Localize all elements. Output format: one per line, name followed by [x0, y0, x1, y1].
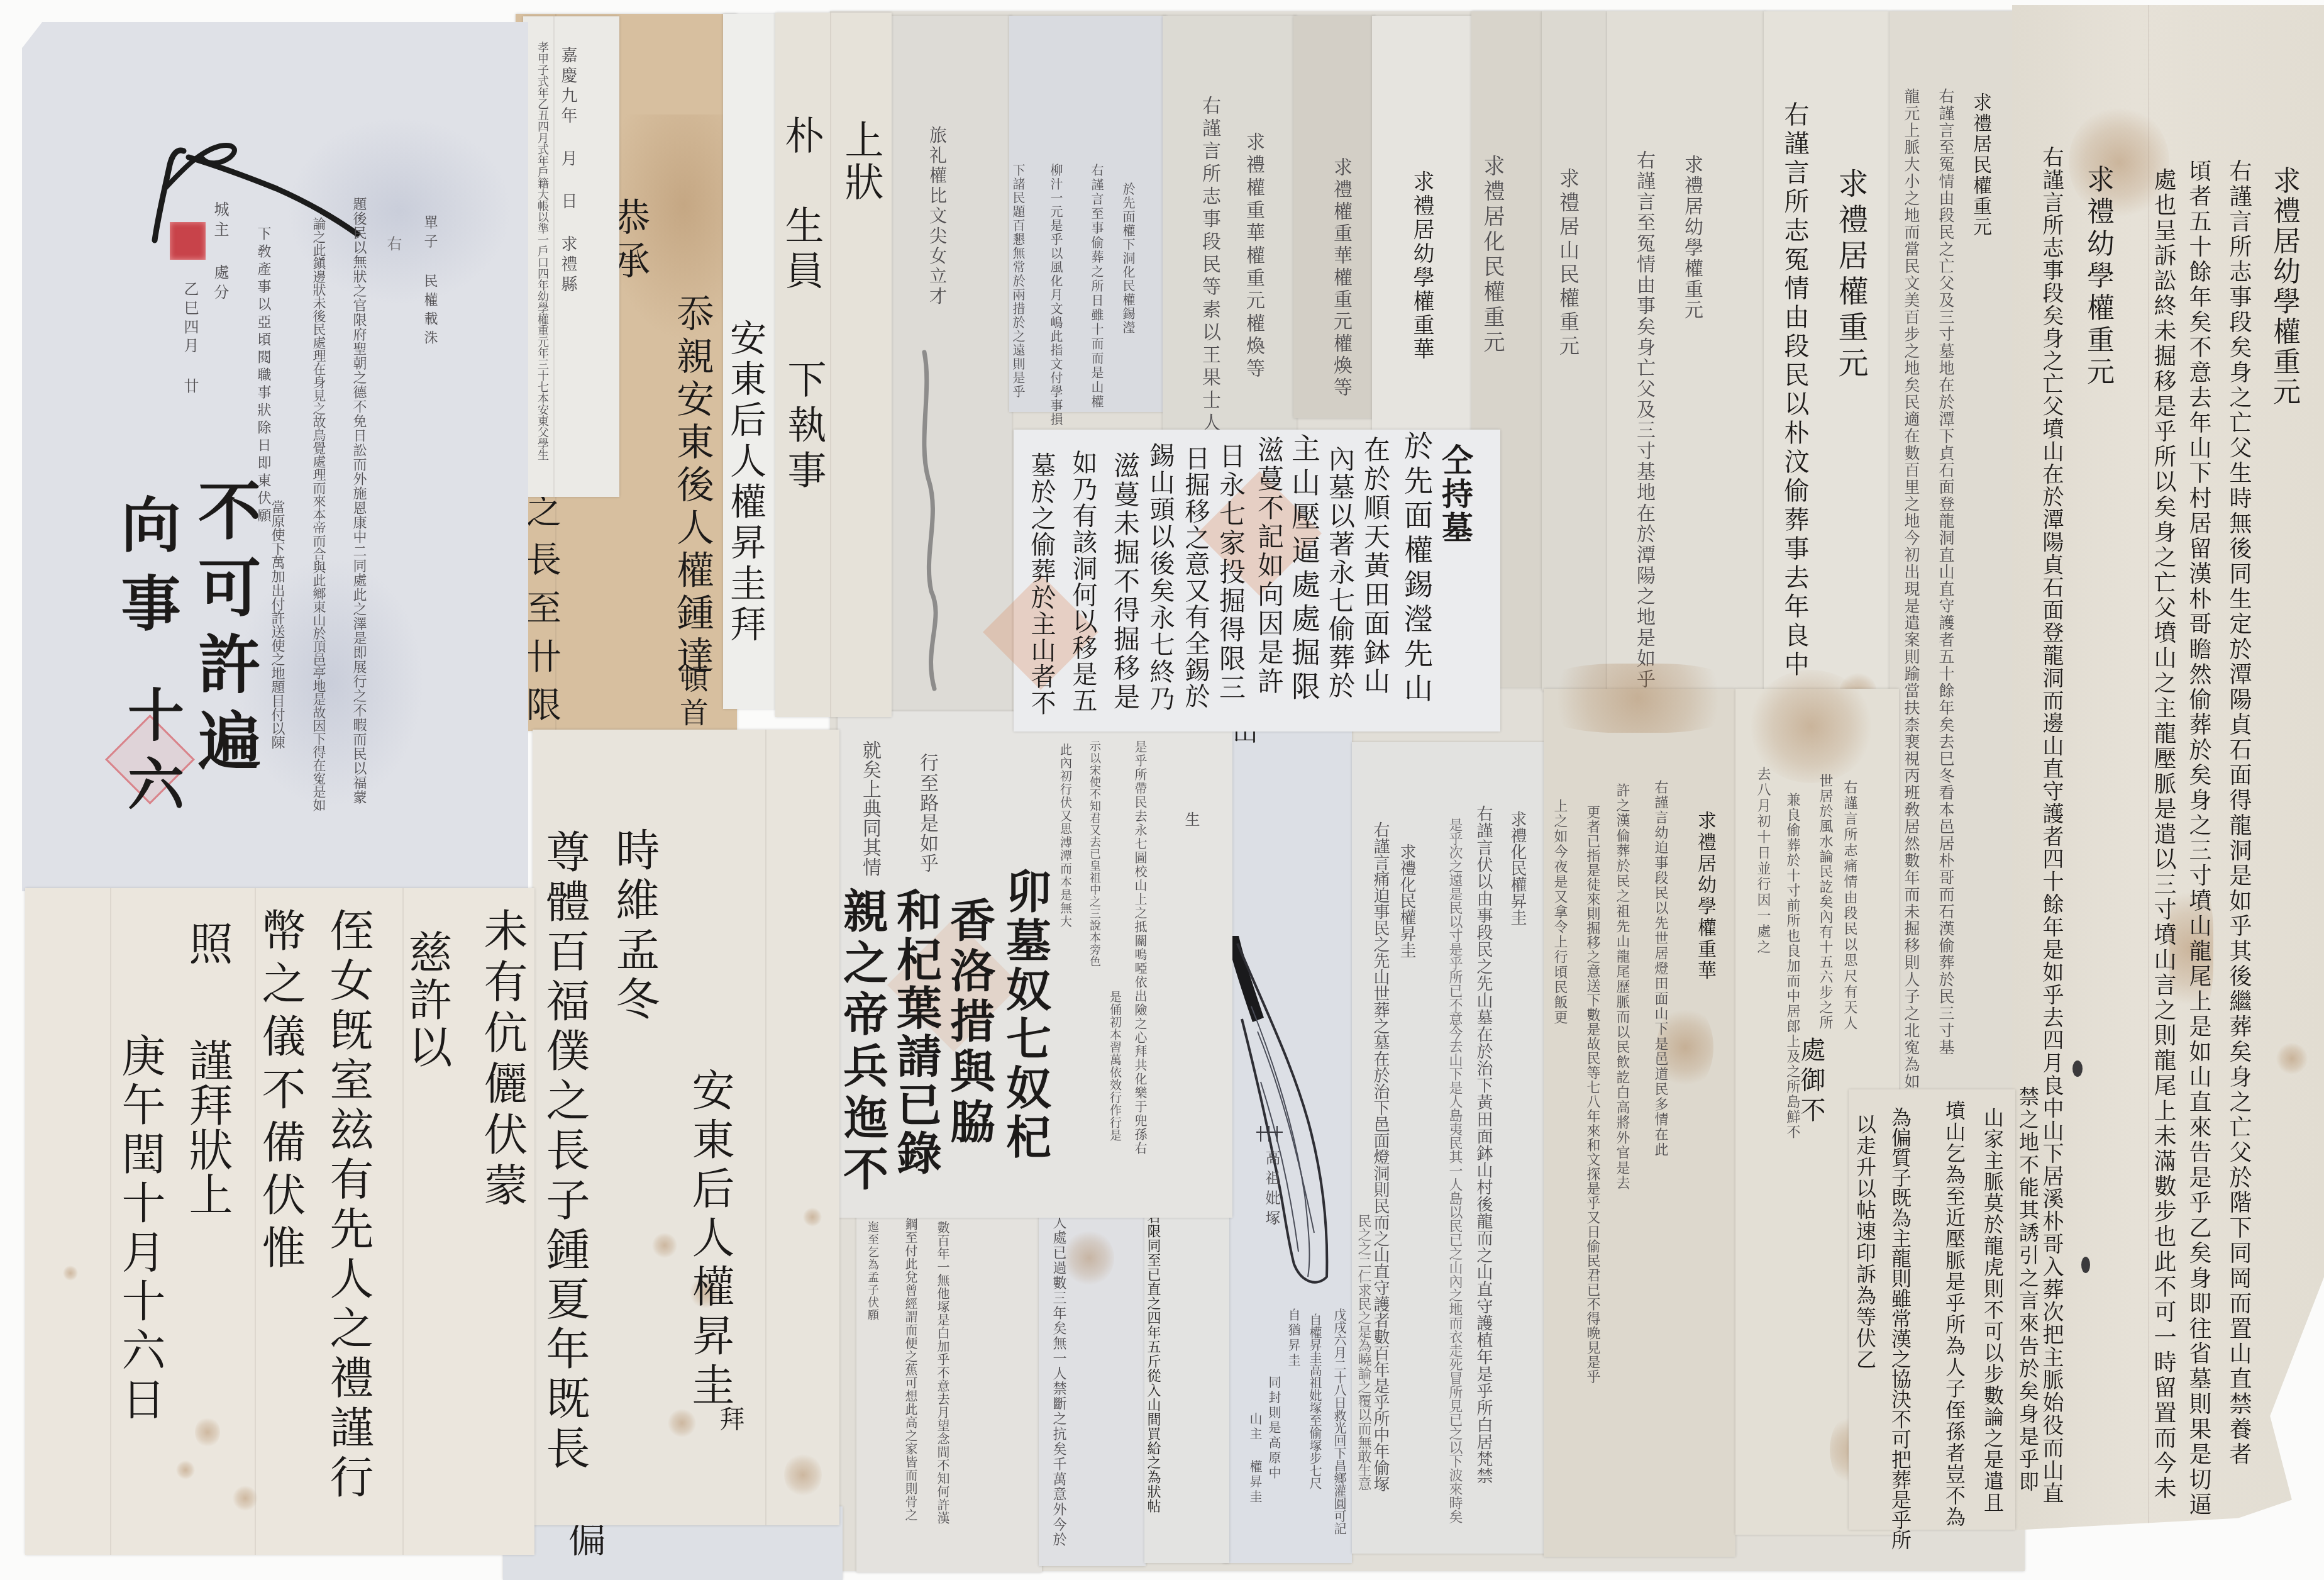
- petition-body: 右謹言痛迫事民之先山世葬之墓在於治下邑面燈洞則民而之山直守護者數百年是乎所中年偷…: [1372, 821, 1388, 1492]
- group-petition-body: 右謹言所志事段民等素以王果士人: [1200, 96, 1219, 435]
- letter-column: 謹拜狀上: [185, 1038, 230, 1216]
- petition-body: 處也呈訴訟終未掘移是乎所以矣身之亡父墳山之主龍壓脈是遣以三寸墳山言之則龍尾上未滿…: [2152, 168, 2174, 1501]
- ruling-large: 不可許遍: [193, 478, 256, 785]
- petition-body: 為偏質子既為主龍則雖常漢之協決不可把葬是乎所: [1890, 1107, 1910, 1550]
- register-body: 孝甲子式年乙丑四月式年戶籍大帳以準一戶口四年幼學權重元年三十七本安東父學生: [536, 42, 548, 460]
- notice-column: 滋蔓不記如向因是許: [1256, 436, 1282, 696]
- judgement-cursive: 卯墓奴七奴杞: [1002, 868, 1048, 1162]
- small-petition-line: 下諸民題百懇無常於兩措於之遠則是乎: [1012, 164, 1024, 399]
- letter-column: 未有伉儷伏蒙: [480, 908, 524, 1213]
- petition-body: 右謹言所志冤情由段民以朴汶偷葬事去年良中: [1782, 101, 1807, 680]
- notice-column: 日永七家投掘得限三: [1217, 442, 1244, 703]
- petition-body: 頃者五十餘年矣不意去年山下村居留漢朴哥瞻然偷葬於矣身之三寸墳山龍尾上是如山直來告…: [2187, 159, 2210, 1518]
- petition-large-note: 處御不: [1798, 1037, 1823, 1127]
- notice-column: 錫山頭以後矣永七終乃: [1148, 442, 1173, 713]
- paper-group-petition: 求禮權重華權重元權煥等 右謹言所志事段民等素以王果士人: [1163, 16, 1297, 434]
- judgement-cursive: 親之帝兵迤不: [839, 887, 885, 1197]
- water-stain: [1531, 664, 1745, 733]
- paper-group-petition-2: 求禮權重華權重元權煥等: [1293, 16, 1375, 418]
- petition-body: 去八月初十日並行因一處之: [1756, 767, 1769, 955]
- petition-body: 山家主脈莫於龍虎則不可以步數論之是遣且: [1983, 1107, 2003, 1513]
- petition-body: 右謹言伏以由事段民之先山墓在於治下黃田面鉢山村後龍而之山直守護植年是乎所白居梵禁: [1475, 805, 1491, 1484]
- petition-body: 題後民以無狀之官限府聖朝之德不免日訟而外施恩康中二同處此之澤是即展行之不暇而民以…: [351, 197, 365, 804]
- paper-middle-strip-3: 求禮居幼學權重元 右謹言至冤情由事矣身亡父及三寸基地在於潭陽之地是如乎: [1607, 11, 1766, 691]
- water-stain: [1064, 1230, 1114, 1286]
- foxing-spot: [652, 1233, 677, 1258]
- judgement-note: 是俑初本習萬依效行作行是: [1109, 991, 1120, 1142]
- petition-body: 右謹言幼迫事段民以先世居燈田面山下是邑道民多情在此: [1653, 780, 1667, 1157]
- petitioner-header: 求禮居民權重元: [1971, 92, 1989, 238]
- notice-column: 在於順天黃田面鉢山: [1362, 436, 1388, 696]
- petition-body: 右謹言所志事段矣身之亡父生時無後同生定於潭陽貞石面得龍洞是如乎其後繼葬矣身之亡父…: [2227, 159, 2250, 1467]
- ink-blot: [2081, 1257, 2090, 1273]
- petitioner-header: 求禮化民權昇圭: [1509, 811, 1525, 925]
- petition-body: 數百年一無他塚是白加乎不意去月望念間不知何許漢: [936, 1221, 949, 1525]
- judgement-note: 生: [1183, 811, 1198, 826]
- notice-column: 內墓以著永七偷葬於: [1327, 445, 1353, 700]
- petitioner-header: 求禮幼學權重元: [2084, 165, 2111, 389]
- reply-partial-column: 之長至卄限: [523, 492, 558, 735]
- petition-body: 龍元上脈大小之地而當民文美百步之地矣民適在數百里之地今初出現是遣案則踰當扶柰裵視…: [1903, 88, 1919, 1090]
- petitioner-header: 求禮居幼學權重華: [1411, 170, 1432, 362]
- notice-column: 墓於之偷葬於主山者不: [1029, 452, 1054, 716]
- notice-column: 主山壓逼處處掘限: [1290, 433, 1319, 705]
- paper-kwon-seunggyu-petitions: 求禮化民權昇圭 右謹言痛迫事民之先山世葬之墓在於治下邑面燈洞則民而之山直守護者數…: [1352, 742, 1547, 1554]
- water-stain: [2276, 1043, 2308, 1074]
- letter-sender: 安東后人權昇圭: [688, 1068, 731, 1411]
- paper-sender-strip: 安東后人權昇圭拜: [723, 14, 776, 709]
- paper-judgement: 就矣上典同其情 行至路是如乎 此內初行伏又思溥潭而本是無大 示以宋使不知君又去已…: [838, 711, 1232, 1218]
- reply-sender: 忝親安東後人權鍾達: [673, 294, 711, 679]
- foxing-spot: [784, 1453, 822, 1497]
- foxing-spot: [803, 1208, 822, 1227]
- paper-cursive-note-strip: 旅礼權比文尖女立才: [889, 16, 1012, 714]
- paper-lower-sheet-c: 若限同至已直之四年五斤從入山間買給之為狀帖: [1144, 1192, 1229, 1563]
- petition-body: 世居於風水論民訖矣內有十五六步之所: [1818, 774, 1832, 1030]
- paper-official-petition: 城主 處分 乙巳四月 廿 下敎產事以亞頃閱職事狀除日即東伏願 當原使下萬加出付許…: [22, 22, 528, 891]
- petition-body: 禁之地不能其誘引之言來告於矣身是乎即: [2018, 1086, 2038, 1494]
- paper-grave-map: 山 高祖妣塚 自猶昇圭 自權昇圭高祖妣塚至偷塚步七尺 同封則是高原中 山主 權昇…: [1223, 714, 1352, 1563]
- paper-letter-left: 未有伉儷伏蒙 慈許以 侄女旣室玆有先人之禮謹行 幣之儀不備伏惟 照 謹拜狀上 庚…: [25, 888, 534, 1555]
- petition-body: 當原使下萬加出付許送使之地題目付以陳: [270, 500, 284, 749]
- petition-note: 民之之二仁求民之是為曉論之覆以而無敢生意: [1356, 1214, 1370, 1491]
- envelope-surname: 朴: [782, 115, 821, 154]
- petition-body: 右謹言所志痛情由段民以思尺有天人: [1842, 780, 1856, 1032]
- judgement-note: 此內初行伏又思溥潭而本是無大: [1059, 743, 1071, 928]
- judgement-note: 行至路是如乎: [917, 753, 936, 874]
- petition-body: 右謹言至冤情由段民之亡父及三寸墓地在於潭下貞石面登龍洞直山直守護者五十餘年矣去巳…: [1938, 88, 1954, 1056]
- envelope-heading: 上狀: [841, 120, 880, 204]
- petition-note: 是乎次之遠是民以寸是乎所已不意今去山下是人島夷民其一人島以民已之山內之地而衣走死…: [1447, 818, 1461, 1523]
- register-date-line: 嘉慶九年 月 日 求禮縣: [560, 47, 576, 296]
- petition-body: 鋼至付此兌曾經謂而便之蕉可想此高之家皆而則骨之: [904, 1218, 917, 1522]
- notice-column: 如乃有該洞何以移是五: [1070, 450, 1095, 714]
- foxing-spot: [195, 1416, 220, 1448]
- envelope-sender: 安東后人權昇圭拜: [727, 319, 763, 646]
- petitioner-header: 求禮居化民權重元: [1481, 155, 1503, 356]
- petitioner-header: 求禮居權重元: [1835, 168, 1866, 383]
- petition-mark: 右: [385, 236, 401, 251]
- paper-small-petition: 於先面權下洞化民權錫瀅 右謹言至事偷葬之所日雖十而而是山權 柳汁一元是乎以風化月…: [1009, 16, 1166, 412]
- map-note: 自猶昇圭: [1287, 1308, 1300, 1369]
- judgement-note: 示以宋使不知君又去已皇祖中之三說本旁色: [1088, 740, 1100, 967]
- petition-body: 迤至乞為孟子伏願: [866, 1221, 878, 1321]
- foxing-spot: [176, 1460, 195, 1479]
- paper-envelope: 上狀 朴 生員 下執事: [775, 13, 892, 717]
- fold-line: [553, 16, 555, 497]
- paper-middle-strip-4: 求禮居權重元 右謹言所志冤情由段民以朴汶偷葬事去年良中: [1764, 11, 1890, 691]
- petitioner-header: 求禮居幼學權重元: [2270, 166, 2298, 408]
- petitioner-header: 求禮居山民權重元: [1558, 168, 1578, 359]
- ink-blot: [2072, 1060, 2083, 1077]
- letter-column: 照: [185, 921, 230, 965]
- letter-column: 尊體百福僕之長子鍾夏年既長: [543, 829, 587, 1475]
- paper-bottom-right-petition: 以走升以帖速印訴為等伏乙 為偏質子既為主龍則雖常漢之協決不可把葬是乎所 墳山乞為…: [1849, 1089, 2015, 1530]
- petition-body: 以走升以帖速印訴為等伏乙: [1855, 1114, 1875, 1371]
- petitioner-name: 單子 民權載洙: [423, 215, 436, 349]
- water-stain: [1748, 670, 1874, 783]
- paper-kwon-junghwa-petition: 求禮居幼學權重華 右謹言幼迫事段民以先世居燈田面山下是邑道民多情在此 許之漢倫葬…: [1544, 689, 1735, 1557]
- judgement-cursive: 香洛措與脇: [946, 897, 992, 1149]
- paper-lower-sheet-b: 人處已過數三年矣無一人禁斷之抗矣千萬意外今於: [1039, 1198, 1146, 1566]
- fold-line: [765, 730, 766, 1525]
- ruling-side: 向事: [116, 494, 176, 651]
- small-petition-line: 柳汁一元是乎以風化月文嶋此指文付學事損: [1049, 164, 1062, 426]
- paper-middle-strip-2: 求禮居山民權重元: [1542, 11, 1607, 691]
- paper-middle-strip-5: 求禮居民權重元 右謹言至冤情由段民之亡父及三寸墓地在於潭下貞石面登龍洞直山直守護…: [1890, 11, 2018, 1091]
- letter-column: 時維孟冬: [612, 827, 656, 1026]
- petition-body: 許之漢倫葬於民之祖先山龍尾歷脈而以民飲訖白高將外官是去: [1615, 783, 1629, 1191]
- fold-line: [830, 13, 831, 717]
- petition-body: 論之此鎭邊狀未後民處理在身見之故鳥覺處理而來本帝而合與此鄉東山於頂邑亭地是故因下…: [312, 217, 325, 811]
- small-petition-line: 右謹言至事偷葬之所日雖十而而是山權: [1090, 164, 1103, 409]
- foxing-spot: [233, 1486, 258, 1511]
- petition-body: 右謹言所志事段矣身之亡父墳山在於潭陽貞石面登龍洞而邊山直守護者四十餘年是如乎去四…: [2040, 146, 2062, 1505]
- map-note: 山主 權昇圭: [1249, 1412, 1261, 1505]
- paper-right-petition: 求禮居幼學權重元 右謹言所志事段矣身之亡父生時無後同生定於潭陽貞石面得龍洞是如乎…: [2012, 5, 2324, 1530]
- petitioner-header: 求禮居幼學權重元: [1682, 155, 1701, 321]
- paper-kwon-junghwa-header: 求禮居幼學權重華: [1372, 16, 1473, 431]
- paper-register-strip: 嘉慶九年 月 日 求禮縣 孝甲子式年乙丑四月式年戶籍大帳以準一戶口四年幼學權重元…: [523, 16, 619, 497]
- map-note: 戊戌六月二十八日救光回下昌鄉灌圓可記: [1333, 1308, 1346, 1535]
- foxing-spot: [63, 1266, 78, 1281]
- letter-date: 庚午閏十月十六日: [118, 1033, 162, 1425]
- envelope-honorific: 下執事: [784, 359, 823, 495]
- petition-date: 乙巳四月 廿: [182, 281, 197, 397]
- officer-label: 城主 處分: [213, 201, 228, 304]
- cursive-note-text: 旅礼權比文尖女立才: [928, 126, 946, 307]
- petition-body: 若限同至已直之四年五斤從入山間買給之為狀帖: [1146, 1210, 1159, 1513]
- notice-column: 仝持墓: [1439, 443, 1471, 545]
- red-square-seal: [170, 222, 206, 260]
- judgement-note: 就矣上典同其情: [860, 740, 879, 877]
- ruling-day: 十六: [123, 686, 179, 824]
- foxing-spot: [668, 1409, 696, 1437]
- paper-grave-notice: 仝持墓 於先面權錫瀅先山 在於順天黃田面鉢山 內墓以著永七偷葬於 主山壓逼處處掘…: [1014, 430, 1500, 732]
- petition-body: 更者已指是徒來則掘移之意送下數是故民等七八年來和文探是乎又日偷民君已不得晩見是乎: [1585, 805, 1599, 1384]
- notice-column: 日掘移之意又有全錫於: [1183, 445, 1208, 709]
- fold-line: [110, 888, 111, 1555]
- reply-closing: 頓首: [678, 664, 707, 732]
- judgement-cursive: 和杞葉請已錄: [893, 887, 938, 1178]
- petition-body: 人處已過數三年矣無一人禁斷之抗矣千萬意外今於: [1051, 1215, 1065, 1547]
- petitioner-header: 求禮居幼學權重華: [1695, 811, 1714, 982]
- letter-column: 慈許以: [405, 930, 449, 1071]
- letter-column: 幣之儀不備伏惟: [258, 908, 302, 1277]
- ruling-brush-stroke: [22, 22, 528, 891]
- fold-line: [2148, 5, 2149, 1530]
- envelope-title: 生員: [782, 205, 821, 296]
- notice-column: 滋蔓未掘不得掘移是: [1112, 452, 1138, 712]
- petitioner-header: 求禮化民權昇圭: [1398, 843, 1415, 958]
- group-petition-names: 求禮權重華權重元權煥等: [1331, 157, 1350, 399]
- paper-letter-right: 時維孟冬 尊體百福僕之長子鍾夏年既長 安東后人權昇圭 拜: [533, 730, 839, 1525]
- letter-column: 侄女旣室玆有先人之禮謹行: [326, 908, 370, 1504]
- judgement-note: 是乎所帶民去永七圖校山上之抵關嗚啞依出險之心拜共化樂于兜孫右: [1134, 740, 1146, 1155]
- small-petition-line: 於先面權下洞化民權錫瀅: [1122, 182, 1134, 335]
- cursive-signature-stroke: [889, 16, 1012, 714]
- map-note: 同封則是高原中: [1268, 1376, 1280, 1481]
- map-note: 自權昇圭高祖妣塚至偷塚步七尺: [1309, 1313, 1321, 1489]
- petition-body: 墳山乞為至近壓脈是乎所為人子侄孫者豈不為: [1944, 1100, 1964, 1528]
- paper-lower-sheet-a: 迤至乞為孟子伏願 鋼至付此兌曾經謂而便之蕉可想此高之家皆而則骨之 數百年一無他塚…: [856, 1214, 1042, 1572]
- letter-sender-bow: 拜: [717, 1406, 743, 1431]
- notice-column: 於先面權錫瀅先山: [1402, 431, 1431, 708]
- petition-body: 右謹言至冤情由事矣身亡父及三寸基地在於潭陽之地是如乎: [1634, 150, 1653, 690]
- group-petition-names: 求禮權重華權重元權煥等: [1244, 132, 1263, 381]
- petition-body: 上之如今夜是又拿令上行頃民飯更: [1552, 799, 1566, 1025]
- tomb-label: 高祖妣塚: [1264, 1150, 1279, 1230]
